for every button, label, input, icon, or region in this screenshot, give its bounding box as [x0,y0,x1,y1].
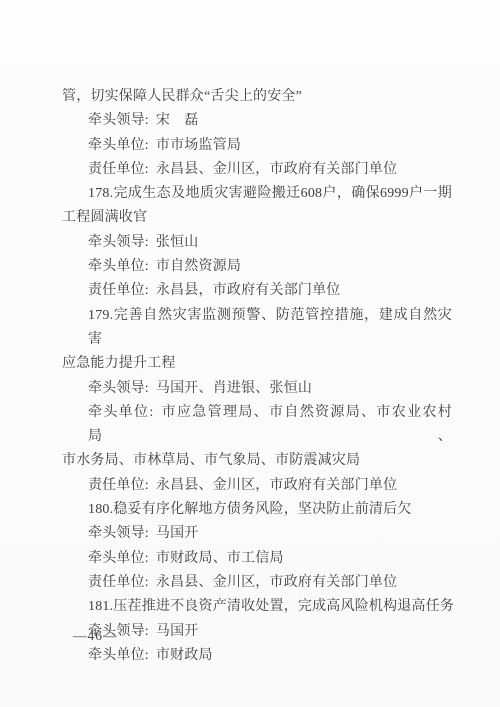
document-line: 180.稳妥有序化解地方债务风险，坚决防止前清后欠 [62,498,452,522]
document-line: 牵头领导:张恒山 [62,231,452,255]
field-label: 责任单位: [88,283,149,298]
document-line: 178.完成生态及地质灾害避险搬迁608户，确保6999户一期 [62,182,452,206]
line-text: 永昌县、金川区，市政府有关部门单位 [156,478,397,493]
field-label: 牵头单位: [88,551,149,566]
line-text: 178.完成生态及地质灾害避险搬迁608户，确保6999户一期 [88,186,452,201]
line-text: 应急能力提升工程 [62,356,176,371]
field-label: 牵头领导: [88,526,149,541]
line-text: 马国开 [156,526,199,541]
line-text: 工程圆满收官 [62,210,147,225]
document-line: 牵头单位:市财政局、市工信局 [62,547,452,571]
document-line: 牵头领导:马国开 [62,522,452,546]
field-label: 牵头单位: [88,138,149,153]
document-line: 181.压茬推进不良资产清收处置，完成高风险机构退高任务 [62,595,452,619]
field-label: 责任单位: [88,162,149,177]
document-line: 责任单位:永昌县、金川区，市政府有关部门单位 [62,571,452,595]
document-line: 责任单位:永昌县、金川区，市政府有关部门单位 [62,158,452,182]
document-line: 179.完善自然灾害监测预警、防范管控措施，建成自然灾害 [62,304,452,353]
page-number: —46— [73,628,118,644]
scanned-page: 管，切实保障人民群众“舌尖上的安全”牵头领导:宋 磊牵头单位:市市场监管局责任单… [0,0,500,707]
field-label: 牵头单位: [88,259,149,274]
line-text: 宋 磊 [156,113,199,128]
line-text: 永昌县，市政府有关部门单位 [156,283,341,298]
document-line: 市水务局、市林草局、市气象局、市防震减灾局 [62,449,452,473]
field-label: 牵头领导: [88,381,149,396]
document-line: 牵头领导:马国开、肖进银、张恒山 [62,377,452,401]
line-text: 管，切实保障人民群众“舌尖上的安全” [62,89,302,104]
document-line: 牵头单位:市财政局 [62,644,452,668]
line-text: 张恒山 [156,235,199,250]
line-text: 市财政局 [156,648,213,663]
document-line: 牵头单位:市市场监管局 [62,134,452,158]
line-text: 181.压茬推进不良资产清收处置，完成高风险机构退高任务 [88,599,454,614]
document-line: 应急能力提升工程 [62,352,452,376]
document-line: 责任单位:永昌县、金川区，市政府有关部门单位 [62,474,452,498]
document-line: 工程圆满收官 [62,206,452,230]
field-label: 责任单位: [88,575,149,590]
line-text: 永昌县、金川区，市政府有关部门单位 [156,575,397,590]
line-text: 市财政局、市工信局 [156,551,284,566]
document-line: 牵头单位:市应急管理局、市自然资源局、市农业农村局、 [62,401,452,450]
line-text: 马国开、肖进银、张恒山 [156,381,312,396]
line-text: 市水务局、市林草局、市气象局、市防震减灾局 [62,453,360,468]
document-line: 责任单位:永昌县，市政府有关部门单位 [62,279,452,303]
line-text: 市自然资源局 [156,259,241,274]
document-line: 牵头领导:马国开 [62,620,452,644]
field-label: 牵头单位: [88,648,149,663]
document-line: 管，切实保障人民群众“舌尖上的安全” [62,85,452,109]
field-label: 牵头单位: [88,405,153,420]
field-label: 牵头领导: [88,235,149,250]
line-text: 马国开 [156,624,199,639]
field-label: 责任单位: [88,478,149,493]
line-text: 市市场监管局 [156,138,241,153]
document-line: 牵头领导:宋 磊 [62,109,452,133]
field-label: 牵头领导: [88,113,149,128]
document-body: 管，切实保障人民群众“舌尖上的安全”牵头领导:宋 磊牵头单位:市市场监管局责任单… [62,85,452,668]
line-text: 永昌县、金川区，市政府有关部门单位 [156,162,397,177]
line-text: 179.完善自然灾害监测预警、防范管控措施，建成自然灾害 [88,308,452,347]
line-text: 180.稳妥有序化解地方债务风险，坚决防止前清后欠 [88,502,412,517]
document-line: 牵头单位:市自然资源局 [62,255,452,279]
